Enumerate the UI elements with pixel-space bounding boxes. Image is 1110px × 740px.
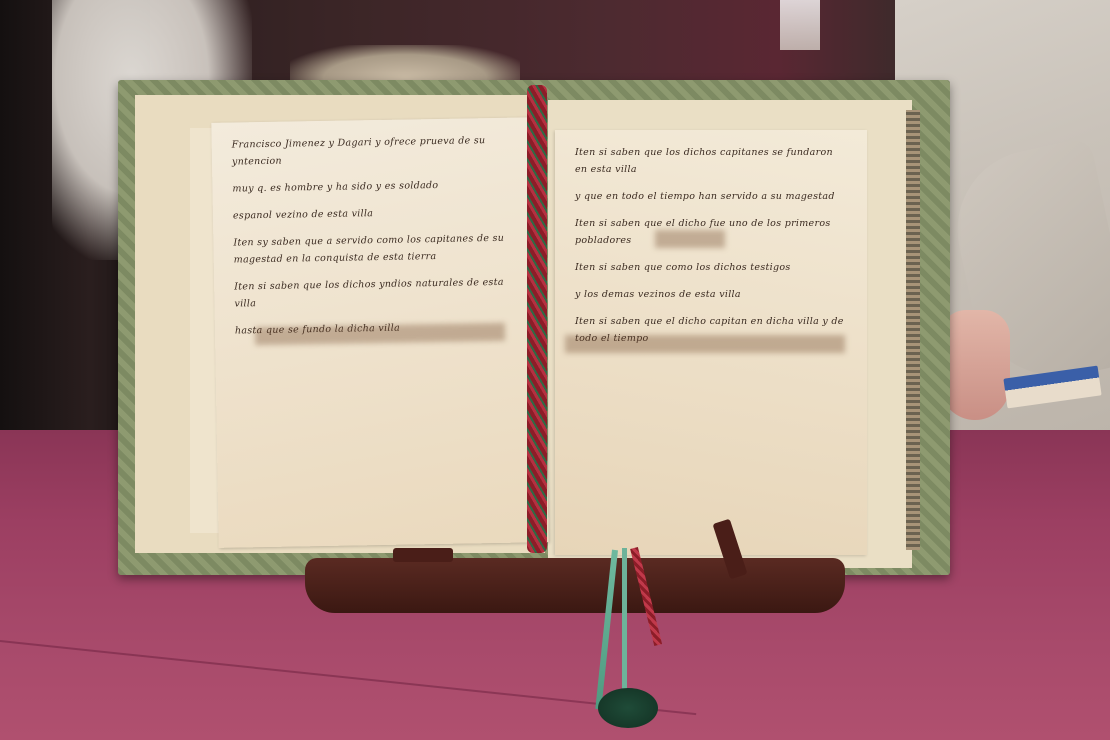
green-tassel: [598, 688, 658, 728]
handwriting-line: muy q. es hombre y ha sido y es soldado: [232, 175, 522, 197]
handwriting-line: Iten si saben que los dichos yndios natu…: [234, 273, 525, 312]
photo-scene: Francisco Jimenez y Dagari y ofrece prue…: [0, 0, 1110, 740]
handwriting-line: Iten si saben que como los dichos testig…: [575, 259, 847, 276]
window-light: [780, 0, 820, 50]
handwriting-line: Francisco Jimenez y Dagari y ofrece prue…: [232, 131, 523, 170]
person-hand: [940, 310, 1010, 420]
stand-clip: [393, 548, 453, 562]
water-stain: [565, 335, 845, 353]
handwriting-line: espanol vezino de esta villa: [233, 202, 523, 224]
gold-trim: [906, 110, 920, 550]
wooden-book-stand: [305, 548, 845, 633]
green-cord: [622, 548, 627, 698]
handwriting-line: y que en todo el tiempo han servido a su…: [575, 188, 847, 205]
stand-base: [305, 558, 845, 613]
manuscript-left-page: Francisco Jimenez y Dagari y ofrece prue…: [211, 117, 548, 548]
water-stain: [655, 230, 725, 248]
manuscript-right-page: Iten si saben que los dichos capitanes s…: [555, 130, 867, 555]
handwriting-line: Iten sy saben que a servido como los cap…: [233, 229, 524, 268]
handwriting-line: Iten si saben que los dichos capitanes s…: [575, 144, 847, 178]
binding-cord: [527, 85, 547, 553]
handwriting-line: y los demas vezinos de esta villa: [575, 286, 847, 303]
water-stain: [255, 323, 505, 345]
